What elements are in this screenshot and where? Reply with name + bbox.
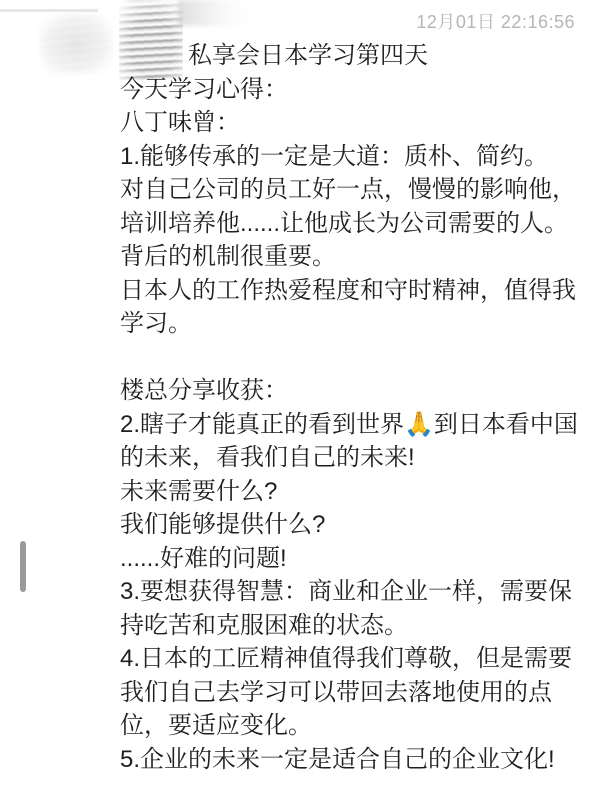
message-line: 背后的机制很重要。 [120, 240, 579, 274]
message-line: 持吃苦和克服困难的状态。 [120, 609, 579, 643]
message-line: 学习。 [120, 307, 579, 341]
redaction-smudge-icon [36, 9, 116, 78]
message-line: 今天学习心得： [120, 73, 579, 107]
message-lines: 今天学习心得：八丁味曾：1.能够传承的一定是大道：质朴、简约。对自己公司的员工好… [120, 73, 579, 777]
chat-message-page: 12月01日 22:16:56 私享会日本学习第四天 今天学习心得：八丁味曾：1… [0, 0, 591, 790]
scrollbar-thumb[interactable] [20, 541, 26, 592]
message-line: 我们自己去学习可以带回去落地使用的点 [120, 676, 579, 710]
message-timestamp: 12月01日 22:16:56 [416, 8, 575, 34]
message-line: 位，要适应变化。 [120, 709, 579, 743]
message-line: 楼总分享收获： [120, 374, 579, 408]
message-line: 1.能够传承的一定是大道：质朴、简约。 [120, 140, 579, 174]
message-line: 八丁味曾： [120, 106, 579, 140]
message-line: 培训培养他......让他成长为公司需要的人。 [120, 207, 579, 241]
message-line: 5.企业的未来一定是适合自己的企业文化! [120, 743, 579, 777]
message-line: 3.要想获得智慧：商业和企业一样，需要保 [120, 575, 579, 609]
redaction-smudge-fade [178, 0, 248, 26]
message-line [120, 341, 579, 375]
message-line: 4.日本的工匠精神值得我们尊敬，但是需要 [120, 642, 579, 676]
message-body: 私享会日本学习第四天 今天学习心得：八丁味曾：1.能够传承的一定是大道：质朴、简… [120, 39, 579, 776]
message-line: 未来需要什么? [120, 475, 579, 509]
message-title: 私享会日本学习第四天 [120, 39, 579, 73]
message-line: 2.瞎子才能真正的看到世界🙏到日本看中国 [120, 408, 579, 442]
message-line: 对自己公司的员工好一点，慢慢的影响他， [120, 173, 579, 207]
message-line: 的未来，看我们自己的未来! [120, 441, 579, 475]
message-line: 我们能够提供什么? [120, 508, 579, 542]
message-line: 日本人的工作热爱程度和守时精神，值得我 [120, 274, 579, 308]
message-line: ......好难的问题! [120, 542, 579, 576]
